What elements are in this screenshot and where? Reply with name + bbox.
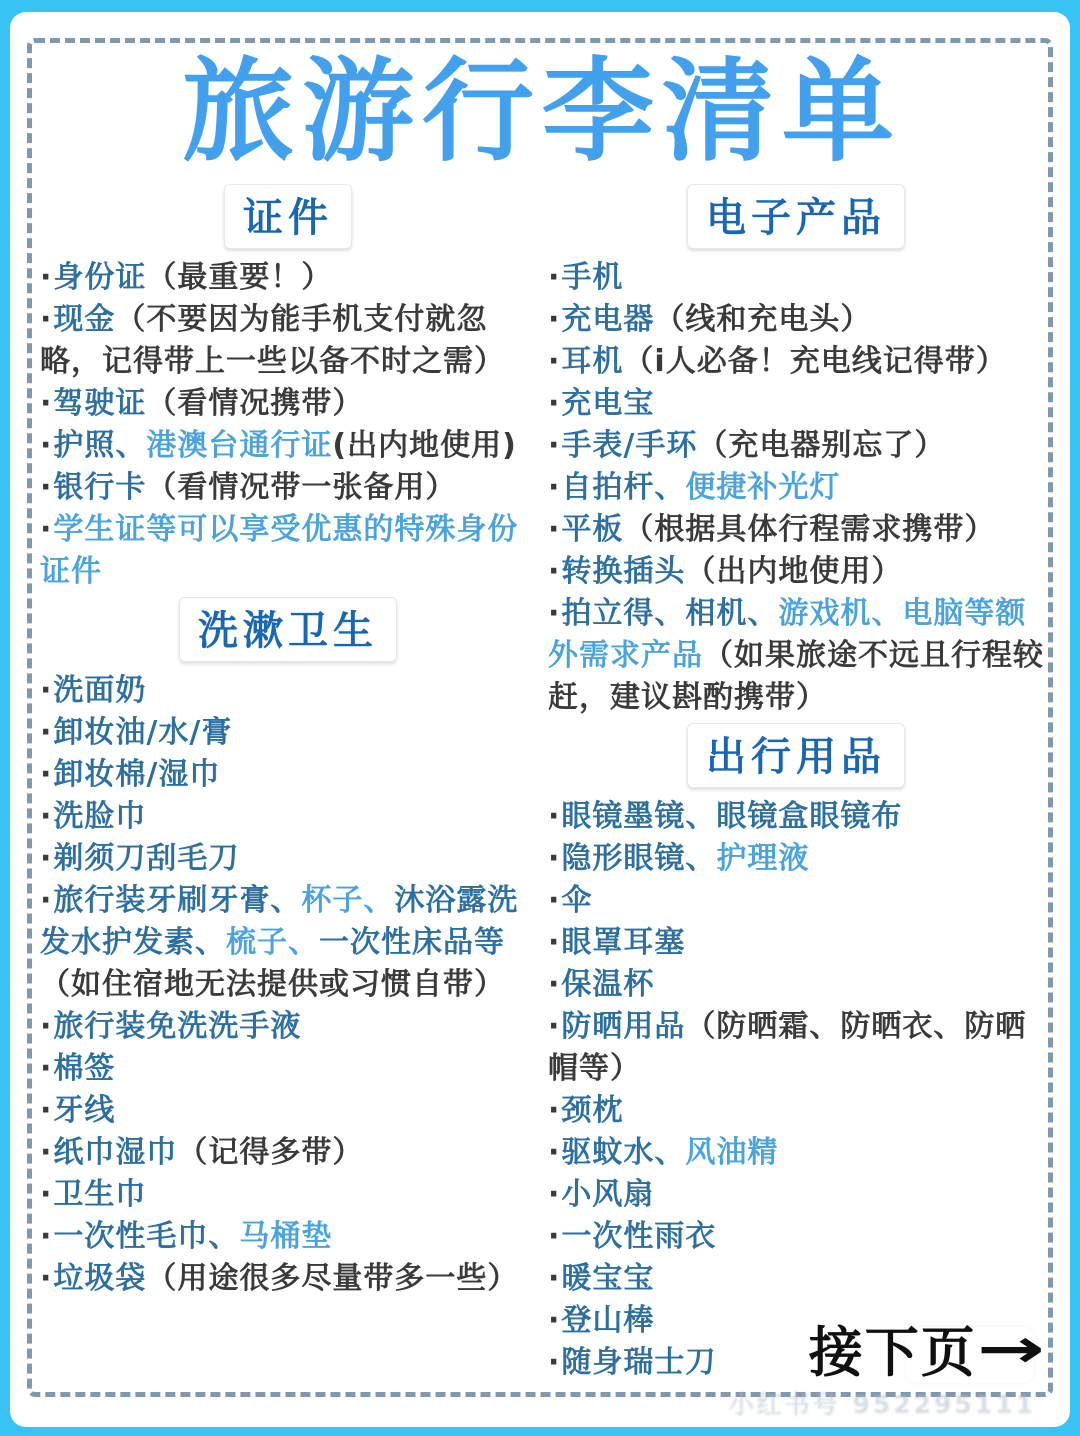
bullet-dot: · bbox=[548, 1219, 560, 1254]
item-name: 防晒用品 bbox=[561, 1009, 685, 1044]
item-name: 转换插头 bbox=[561, 554, 685, 589]
bullet-dot: · bbox=[40, 1177, 52, 1212]
list-item: ·洗面奶 bbox=[40, 670, 536, 712]
list-item: ·自拍杆、便捷补光灯 bbox=[548, 467, 1044, 509]
item-name: 护理液 bbox=[716, 841, 809, 876]
list-item: ·防晒用品（防晒霜、防晒衣、防晒帽等） bbox=[548, 1006, 1044, 1090]
list-item: ·小风扇 bbox=[548, 1174, 1044, 1216]
bullet-dot: · bbox=[40, 260, 52, 295]
list-item: ·纸巾湿巾（记得多带） bbox=[40, 1132, 536, 1174]
content-area: 旅游行李清单 证件·身份证（最重要！）·现金（不要因为能手机支付就忽略，记得带上… bbox=[40, 46, 1044, 1393]
item-note: （如住宿地无法提供或习惯自带） bbox=[40, 967, 505, 1002]
card: 旅游行李清单 证件·身份证（最重要！）·现金（不要因为能手机支付就忽略，记得带上… bbox=[10, 12, 1070, 1427]
list-item: ·银行卡（看情况带一张备用） bbox=[40, 467, 536, 509]
item-note: （根据具体行程需求携带） bbox=[623, 512, 995, 547]
list-item: ·驱蚊水、风油精 bbox=[548, 1132, 1044, 1174]
item-name: 相机、 bbox=[685, 596, 778, 631]
bullet-dot: · bbox=[40, 1051, 52, 1086]
list-item: ·眼镜墨镜、眼镜盒眼镜布 bbox=[548, 796, 1044, 838]
item-name: 保温杯 bbox=[561, 967, 654, 1002]
item-note: （最重要！） bbox=[146, 260, 332, 295]
item-name: 港澳台通行证 bbox=[146, 428, 332, 463]
item-name: 平板 bbox=[561, 512, 623, 547]
list-item: ·垃圾袋（用途很多尽量带多一些） bbox=[40, 1258, 536, 1300]
section-header-toiletries: 洗漱卫生 bbox=[179, 597, 397, 662]
bullet-dot: · bbox=[548, 841, 560, 876]
bullet-dot: · bbox=[40, 1009, 52, 1044]
next-page-text: 接下页 bbox=[809, 1321, 977, 1384]
item-name: 颈枕 bbox=[561, 1093, 623, 1128]
list-item: ·一次性毛巾、马桶垫 bbox=[40, 1216, 536, 1258]
item-name: 隐形眼镜、 bbox=[561, 841, 716, 876]
list-item: ·充电宝 bbox=[548, 383, 1044, 425]
item-name: 眼镜墨镜、眼镜盒眼镜布 bbox=[561, 799, 902, 834]
item-name: 便捷补光灯 bbox=[685, 470, 840, 505]
list-item: ·耳机（i人必备！充电线记得带） bbox=[548, 341, 1044, 383]
item-name: 卫生巾 bbox=[53, 1177, 146, 1212]
list-item: ·隐形眼镜、护理液 bbox=[548, 838, 1044, 880]
item-note: (出内地使用) bbox=[332, 428, 516, 463]
two-column-layout: 证件·身份证（最重要！）·现金（不要因为能手机支付就忽略，记得带上一些以备不时之… bbox=[40, 180, 1044, 1384]
item-name: 驾驶证 bbox=[53, 386, 146, 421]
item-note: （充电器别忘了） bbox=[697, 428, 945, 463]
bullet-dot: · bbox=[40, 1135, 52, 1170]
bullet-dot: · bbox=[548, 260, 560, 295]
list-item: ·转换插头（出内地使用） bbox=[548, 551, 1044, 593]
item-name: 电脑等 bbox=[902, 596, 995, 631]
list-item: ·眼罩耳塞 bbox=[548, 922, 1044, 964]
bullet-dot: · bbox=[40, 470, 52, 505]
item-name: 驱蚊水、 bbox=[561, 1135, 685, 1170]
item-name: 马桶垫 bbox=[239, 1219, 332, 1254]
section-header-documents: 证件 bbox=[224, 184, 352, 249]
arrow-right-icon: → bbox=[977, 1317, 1048, 1380]
bullet-dot: · bbox=[40, 1261, 52, 1296]
bullet-dot: · bbox=[40, 1219, 52, 1254]
bullet-dot: · bbox=[548, 302, 560, 337]
bullet-dot: · bbox=[548, 470, 560, 505]
list-item: ·洗脸巾 bbox=[40, 796, 536, 838]
item-note: （线和充电头） bbox=[654, 302, 871, 337]
bullet-dot: · bbox=[548, 799, 560, 834]
column-left: 证件·身份证（最重要！）·现金（不要因为能手机支付就忽略，记得带上一些以备不时之… bbox=[40, 180, 536, 1300]
section-header-electronics: 电子产品 bbox=[687, 184, 905, 249]
section-header-row-travel-gear: 出行用品 bbox=[548, 723, 1044, 788]
item-name: 充电器 bbox=[561, 302, 654, 337]
item-note: （记得多带） bbox=[177, 1135, 363, 1170]
bullet-dot: · bbox=[40, 673, 52, 708]
item-name: 身份证 bbox=[53, 260, 146, 295]
item-note: （看情况带一张备用） bbox=[146, 470, 456, 505]
item-name: 学生证等可以享受优惠的特殊身份证件 bbox=[40, 512, 518, 589]
bullet-dot: · bbox=[40, 799, 52, 834]
item-name: 洗脸巾 bbox=[53, 799, 146, 834]
item-name: 银行卡 bbox=[53, 470, 146, 505]
item-note: （出内地使用） bbox=[685, 554, 902, 589]
column-right: 电子产品·手机·充电器（线和充电头）·耳机（i人必备！充电线记得带）·充电宝·手… bbox=[548, 180, 1044, 1384]
list-item: ·现金（不要因为能手机支付就忽略，记得带上一些以备不时之需） bbox=[40, 299, 536, 383]
list-item: ·牙线 bbox=[40, 1090, 536, 1132]
item-name: 剃须刀刮毛刀 bbox=[53, 841, 239, 876]
item-name: 小风扇 bbox=[561, 1177, 654, 1212]
section-header-row-documents: 证件 bbox=[40, 184, 536, 249]
item-name: 牙线 bbox=[53, 1093, 115, 1128]
item-name: 纸巾湿巾 bbox=[53, 1135, 177, 1170]
item-name: 卸妆棉/湿巾 bbox=[53, 757, 220, 792]
bullet-dot: · bbox=[548, 554, 560, 589]
list-item: ·身份证（最重要！） bbox=[40, 257, 536, 299]
bullet-dot: · bbox=[548, 925, 560, 960]
item-name: 杯子、 bbox=[301, 883, 394, 918]
section-header-row-electronics: 电子产品 bbox=[548, 184, 1044, 249]
bullet-dot: · bbox=[548, 1303, 560, 1338]
list-item: ·充电器（线和充电头） bbox=[548, 299, 1044, 341]
item-name: 手机 bbox=[561, 260, 623, 295]
item-name: 洗面奶 bbox=[53, 673, 146, 708]
item-name: 随身瑞士刀 bbox=[561, 1345, 716, 1380]
list-item: ·剃须刀刮毛刀 bbox=[40, 838, 536, 880]
item-name: 耳机 bbox=[561, 344, 623, 379]
list-item: ·颈枕 bbox=[548, 1090, 1044, 1132]
bullet-dot: · bbox=[548, 596, 560, 631]
list-item: ·手机 bbox=[548, 257, 1044, 299]
list-item: ·拍立得、相机、游戏机、电脑等额外需求产品（如果旅途不远且行程较赶，建议斟酌携带… bbox=[548, 593, 1044, 719]
item-name: 眼罩耳塞 bbox=[561, 925, 685, 960]
list-item: ·护照、港澳台通行证(出内地使用) bbox=[40, 425, 536, 467]
bullet-dot: · bbox=[40, 883, 52, 918]
list-item: ·学生证等可以享受优惠的特殊身份证件 bbox=[40, 509, 536, 593]
item-name: 护照、 bbox=[53, 428, 146, 463]
item-name: 拍立得、 bbox=[561, 596, 685, 631]
item-name: 自拍杆、 bbox=[561, 470, 685, 505]
item-name: 一次性雨衣 bbox=[561, 1219, 716, 1254]
list-item: ·卸妆油/水/膏 bbox=[40, 712, 536, 754]
list-item: ·保温杯 bbox=[548, 964, 1044, 1006]
item-name: 棉签 bbox=[53, 1051, 115, 1086]
item-name: 旅行装免洗洗手液 bbox=[53, 1009, 301, 1044]
page-title: 旅游行李清单 bbox=[40, 46, 1044, 178]
bullet-dot: · bbox=[548, 1135, 560, 1170]
list-item: ·卫生巾 bbox=[40, 1174, 536, 1216]
item-name: 充电宝 bbox=[561, 386, 654, 421]
item-name: 卸妆油/水/膏 bbox=[53, 715, 232, 750]
bullet-dot: · bbox=[548, 344, 560, 379]
item-note: （用途很多尽量带多一些） bbox=[146, 1261, 518, 1296]
item-name: 现金 bbox=[53, 302, 115, 337]
item-name: 暖宝宝 bbox=[561, 1261, 654, 1296]
bullet-dot: · bbox=[548, 428, 560, 463]
bullet-dot: · bbox=[40, 757, 52, 792]
item-name: 旅行装牙刷牙膏、 bbox=[53, 883, 301, 918]
item-name: 伞 bbox=[561, 883, 592, 918]
bullet-dot: · bbox=[548, 386, 560, 421]
bullet-dot: · bbox=[548, 512, 560, 547]
section-header-row-toiletries: 洗漱卫生 bbox=[40, 597, 536, 662]
item-name: 一次性毛巾、 bbox=[53, 1219, 239, 1254]
bullet-dot: · bbox=[40, 302, 52, 337]
item-name: 游戏机、 bbox=[778, 596, 902, 631]
list-item: ·卸妆棉/湿巾 bbox=[40, 754, 536, 796]
bullet-dot: · bbox=[548, 1009, 560, 1044]
bullet-dot: · bbox=[40, 428, 52, 463]
list-item: ·棉签 bbox=[40, 1048, 536, 1090]
section-header-travel-gear: 出行用品 bbox=[687, 723, 905, 788]
bullet-dot: · bbox=[548, 1177, 560, 1212]
item-note: （看情况携带） bbox=[146, 386, 363, 421]
item-name: 手表/手环 bbox=[561, 428, 697, 463]
bullet-dot: · bbox=[40, 715, 52, 750]
item-name: 风油精 bbox=[685, 1135, 778, 1170]
item-name: 梳子、 bbox=[226, 925, 319, 960]
bullet-dot: · bbox=[548, 1345, 560, 1380]
list-item: ·旅行装免洗洗手液 bbox=[40, 1006, 536, 1048]
item-name: 一次性床品等 bbox=[319, 925, 505, 960]
bullet-dot: · bbox=[40, 1093, 52, 1128]
list-item: ·手表/手环（充电器别忘了） bbox=[548, 425, 1044, 467]
item-name: 垃圾袋 bbox=[53, 1261, 146, 1296]
list-item: ·驾驶证（看情况携带） bbox=[40, 383, 536, 425]
list-item: ·一次性雨衣 bbox=[548, 1216, 1044, 1258]
item-note: （i人必备！充电线记得带） bbox=[623, 344, 1006, 379]
bullet-dot: · bbox=[548, 883, 560, 918]
watermark-text: 小红书号 952295111 bbox=[729, 1385, 1036, 1421]
item-name: 登山棒 bbox=[561, 1303, 654, 1338]
next-page-label: 接下页→ bbox=[809, 1310, 1024, 1387]
bullet-dot: · bbox=[548, 967, 560, 1002]
bullet-dot: · bbox=[40, 512, 52, 547]
list-item: ·旅行装牙刷牙膏、杯子、沐浴露洗发水护发素、梳子、一次性床品等（如住宿地无法提供… bbox=[40, 880, 536, 1006]
bullet-dot: · bbox=[40, 841, 52, 876]
list-item: ·平板（根据具体行程需求携带） bbox=[548, 509, 1044, 551]
bullet-dot: · bbox=[40, 386, 52, 421]
bullet-dot: · bbox=[548, 1093, 560, 1128]
list-item: ·暖宝宝 bbox=[548, 1258, 1044, 1300]
bullet-dot: · bbox=[548, 1261, 560, 1296]
list-item: ·伞 bbox=[548, 880, 1044, 922]
